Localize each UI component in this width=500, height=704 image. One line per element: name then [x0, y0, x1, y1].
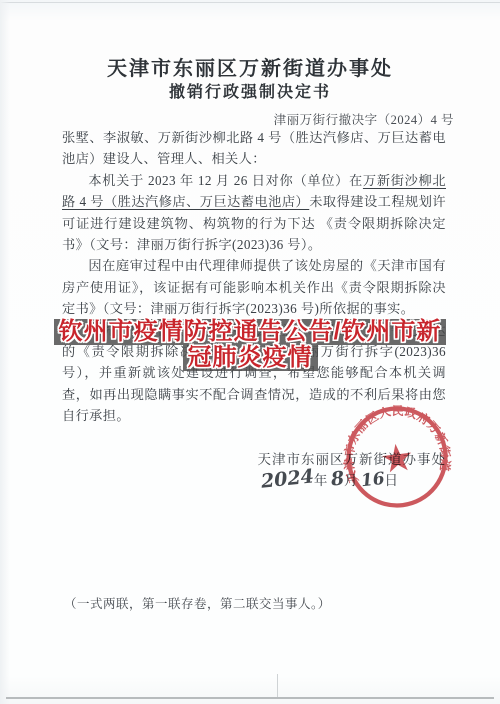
document-body: 张墅、李淑敏、万新街沙柳北路 4 号（胜达汽修店、万巨达蓄电池店）建设人、管理人…: [62, 127, 446, 427]
scanned-document-page: 天津市东丽区万新街道办事处 撤销行政强制决定书 津丽万街行撤决字（2024）4 …: [0, 0, 500, 704]
issue-date-year-label: 年: [314, 473, 328, 488]
document-title-type: 撤销行政强制决定书: [0, 79, 500, 102]
scan-artifact-tick: [277, 674, 278, 697]
footer-copies-note: （一式两联，第一联存卷，第二联交当事人。）: [64, 594, 456, 612]
scan-edge-top: [0, 2, 500, 3]
scan-edge-left: [0, 0, 10, 704]
addressee-paragraph: 张墅、李淑敏、万新街沙柳北路 4 号（胜达汽修店、万巨达蓄电池店）建设人、管理人…: [62, 127, 446, 170]
paragraph-2: 因在庭审过程中由代理律师提供了该处房屋的《天津市国有房产使用证》，该证据有可能影…: [62, 255, 446, 319]
paragraph-1-pre: 本机关于 2023 年 12 月 26 日对你（单位）在: [88, 173, 363, 188]
paragraph-1: 本机关于 2023 年 12 月 26 日对你（单位）在万新街沙柳北路 4 号（…: [62, 170, 446, 256]
issue-date-year-handwritten: 2024: [260, 465, 315, 492]
seal-star-icon: ★: [378, 434, 417, 482]
document-title-agency: 天津市东丽区万新街道办事处: [0, 52, 500, 81]
official-red-seal: 天津市东丽区人民政府万新街道办事处 ★: [333, 393, 460, 520]
document-reference-number: 津丽万街行撤决字（2024）4 号: [62, 110, 454, 128]
scan-edge-bottom: [6, 697, 494, 699]
